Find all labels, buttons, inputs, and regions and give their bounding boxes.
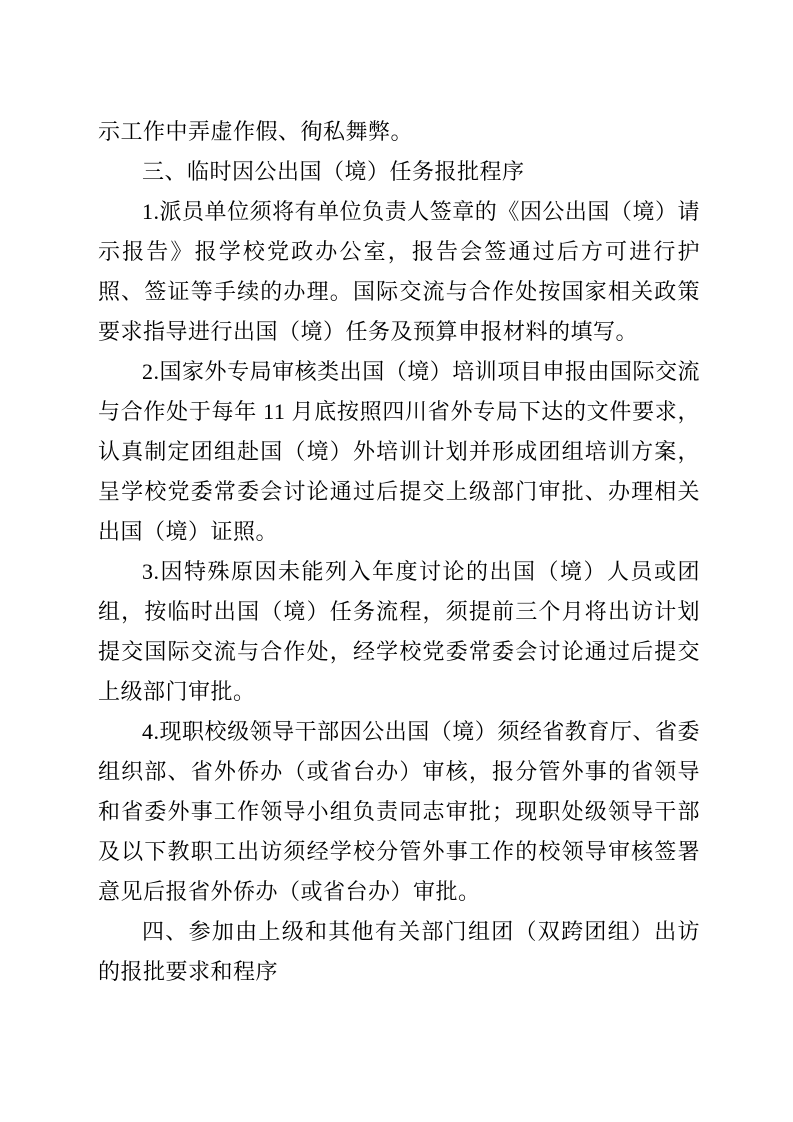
section-heading-4: 四、参加由上级和其他有关部门组团（双跨团组）出访的报批要求和程序 <box>98 912 700 992</box>
paragraph-item-2: 2.国家外专局审核类出国（境）培训项目申报由国际交流与合作处于每年 11 月底按… <box>98 352 700 552</box>
paragraph-item-3: 3.因特殊原因未能列入年度讨论的出国（境）人员或团组，按临时出国（境）任务流程，… <box>98 552 700 712</box>
paragraph-item-4: 4.现职校级领导干部因公出国（境）须经省教育厅、省委组织部、省外侨办（或省台办）… <box>98 712 700 912</box>
paragraph-continuation: 示工作中弄虚作假、徇私舞弊。 <box>98 112 700 152</box>
section-heading-3: 三、临时因公出国（境）任务报批程序 <box>98 152 700 192</box>
paragraph-item-1: 1.派员单位须将有单位负责人签章的《因公出国（境）请示报告》报学校党政办公室，报… <box>98 192 700 352</box>
document-page: 示工作中弄虚作假、徇私舞弊。 三、临时因公出国（境）任务报批程序 1.派员单位须… <box>0 0 793 1122</box>
document-text-block: 示工作中弄虚作假、徇私舞弊。 三、临时因公出国（境）任务报批程序 1.派员单位须… <box>98 112 700 992</box>
